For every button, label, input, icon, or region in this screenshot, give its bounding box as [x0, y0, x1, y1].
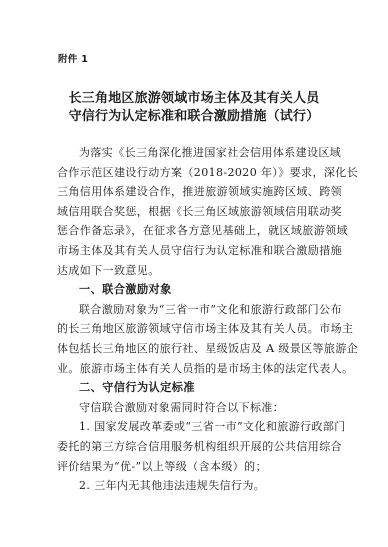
intro-line: 三角信用体系建设合作，推进旅游领域实施跨区域、跨领 [57, 182, 325, 202]
annex-label: 附件 1 [58, 51, 88, 65]
intro-line: 为落实《长三角深化推进国家社会信用体系建设区域 [57, 143, 325, 163]
section2-line: 委托的第三方综合信用服务机构组织开展的公共信用综合 [57, 437, 325, 457]
document-title-line-1: 长三角地区旅游领域市场主体及其有关人员 [0, 87, 388, 106]
document-page: 附件 1 长三角地区旅游领域市场主体及其有关人员 守信行为认定标准和联合激励措施… [0, 0, 388, 547]
intro-line: 达成如下一致意见。 [57, 261, 325, 281]
section1-line: 的长三角地区旅游领域守信市场主体及其有关人员。市场主 [57, 319, 325, 339]
section1-line: 联合激励对象为“三省一市”文化和旅游行政部门公布 [57, 300, 325, 320]
section2-line: 评价结果为“优-”以上等级（含本级）的； [57, 457, 325, 477]
section1-line: 体包括长三角地区的旅行社、星级饭店及 A 级景区等旅游企 [57, 339, 325, 359]
document-body: 为落实《长三角深化推进国家社会信用体系建设区域 合作示范区建设行动方案（2018… [57, 143, 325, 496]
intro-line: 合作示范区建设行动方案（2018-2020 年）》要求，深化长 [57, 163, 325, 183]
section2-line: 守信联合激励对象需同时符合以下标准： [57, 398, 325, 418]
section2-line: 2. 三年内无其他违法违规失信行为。 [57, 476, 325, 496]
document-title-line-2: 守信行为认定标准和联合激励措施（试行） [0, 105, 388, 124]
intro-line: 市场主体及其有关人员守信行为认定标准和联合激励措施 [57, 241, 325, 261]
intro-line: 域信用联合奖惩，根据《长三角区域旅游领域信用联动奖 [57, 202, 325, 222]
intro-line: 惩合作备忘录》，在征求各方意见基础上，就区域旅游领域 [57, 221, 325, 241]
section2-line: 1. 国家发展改革委或“三省一市”文化和旅游行政部门 [57, 417, 325, 437]
section-heading-2: 二、守信行为认定标准 [57, 378, 325, 398]
section-heading-1: 一、联合激励对象 [57, 280, 325, 300]
section1-line: 业。旅游市场主体有关人员指的是市场主体的法定代表人。 [57, 359, 325, 379]
